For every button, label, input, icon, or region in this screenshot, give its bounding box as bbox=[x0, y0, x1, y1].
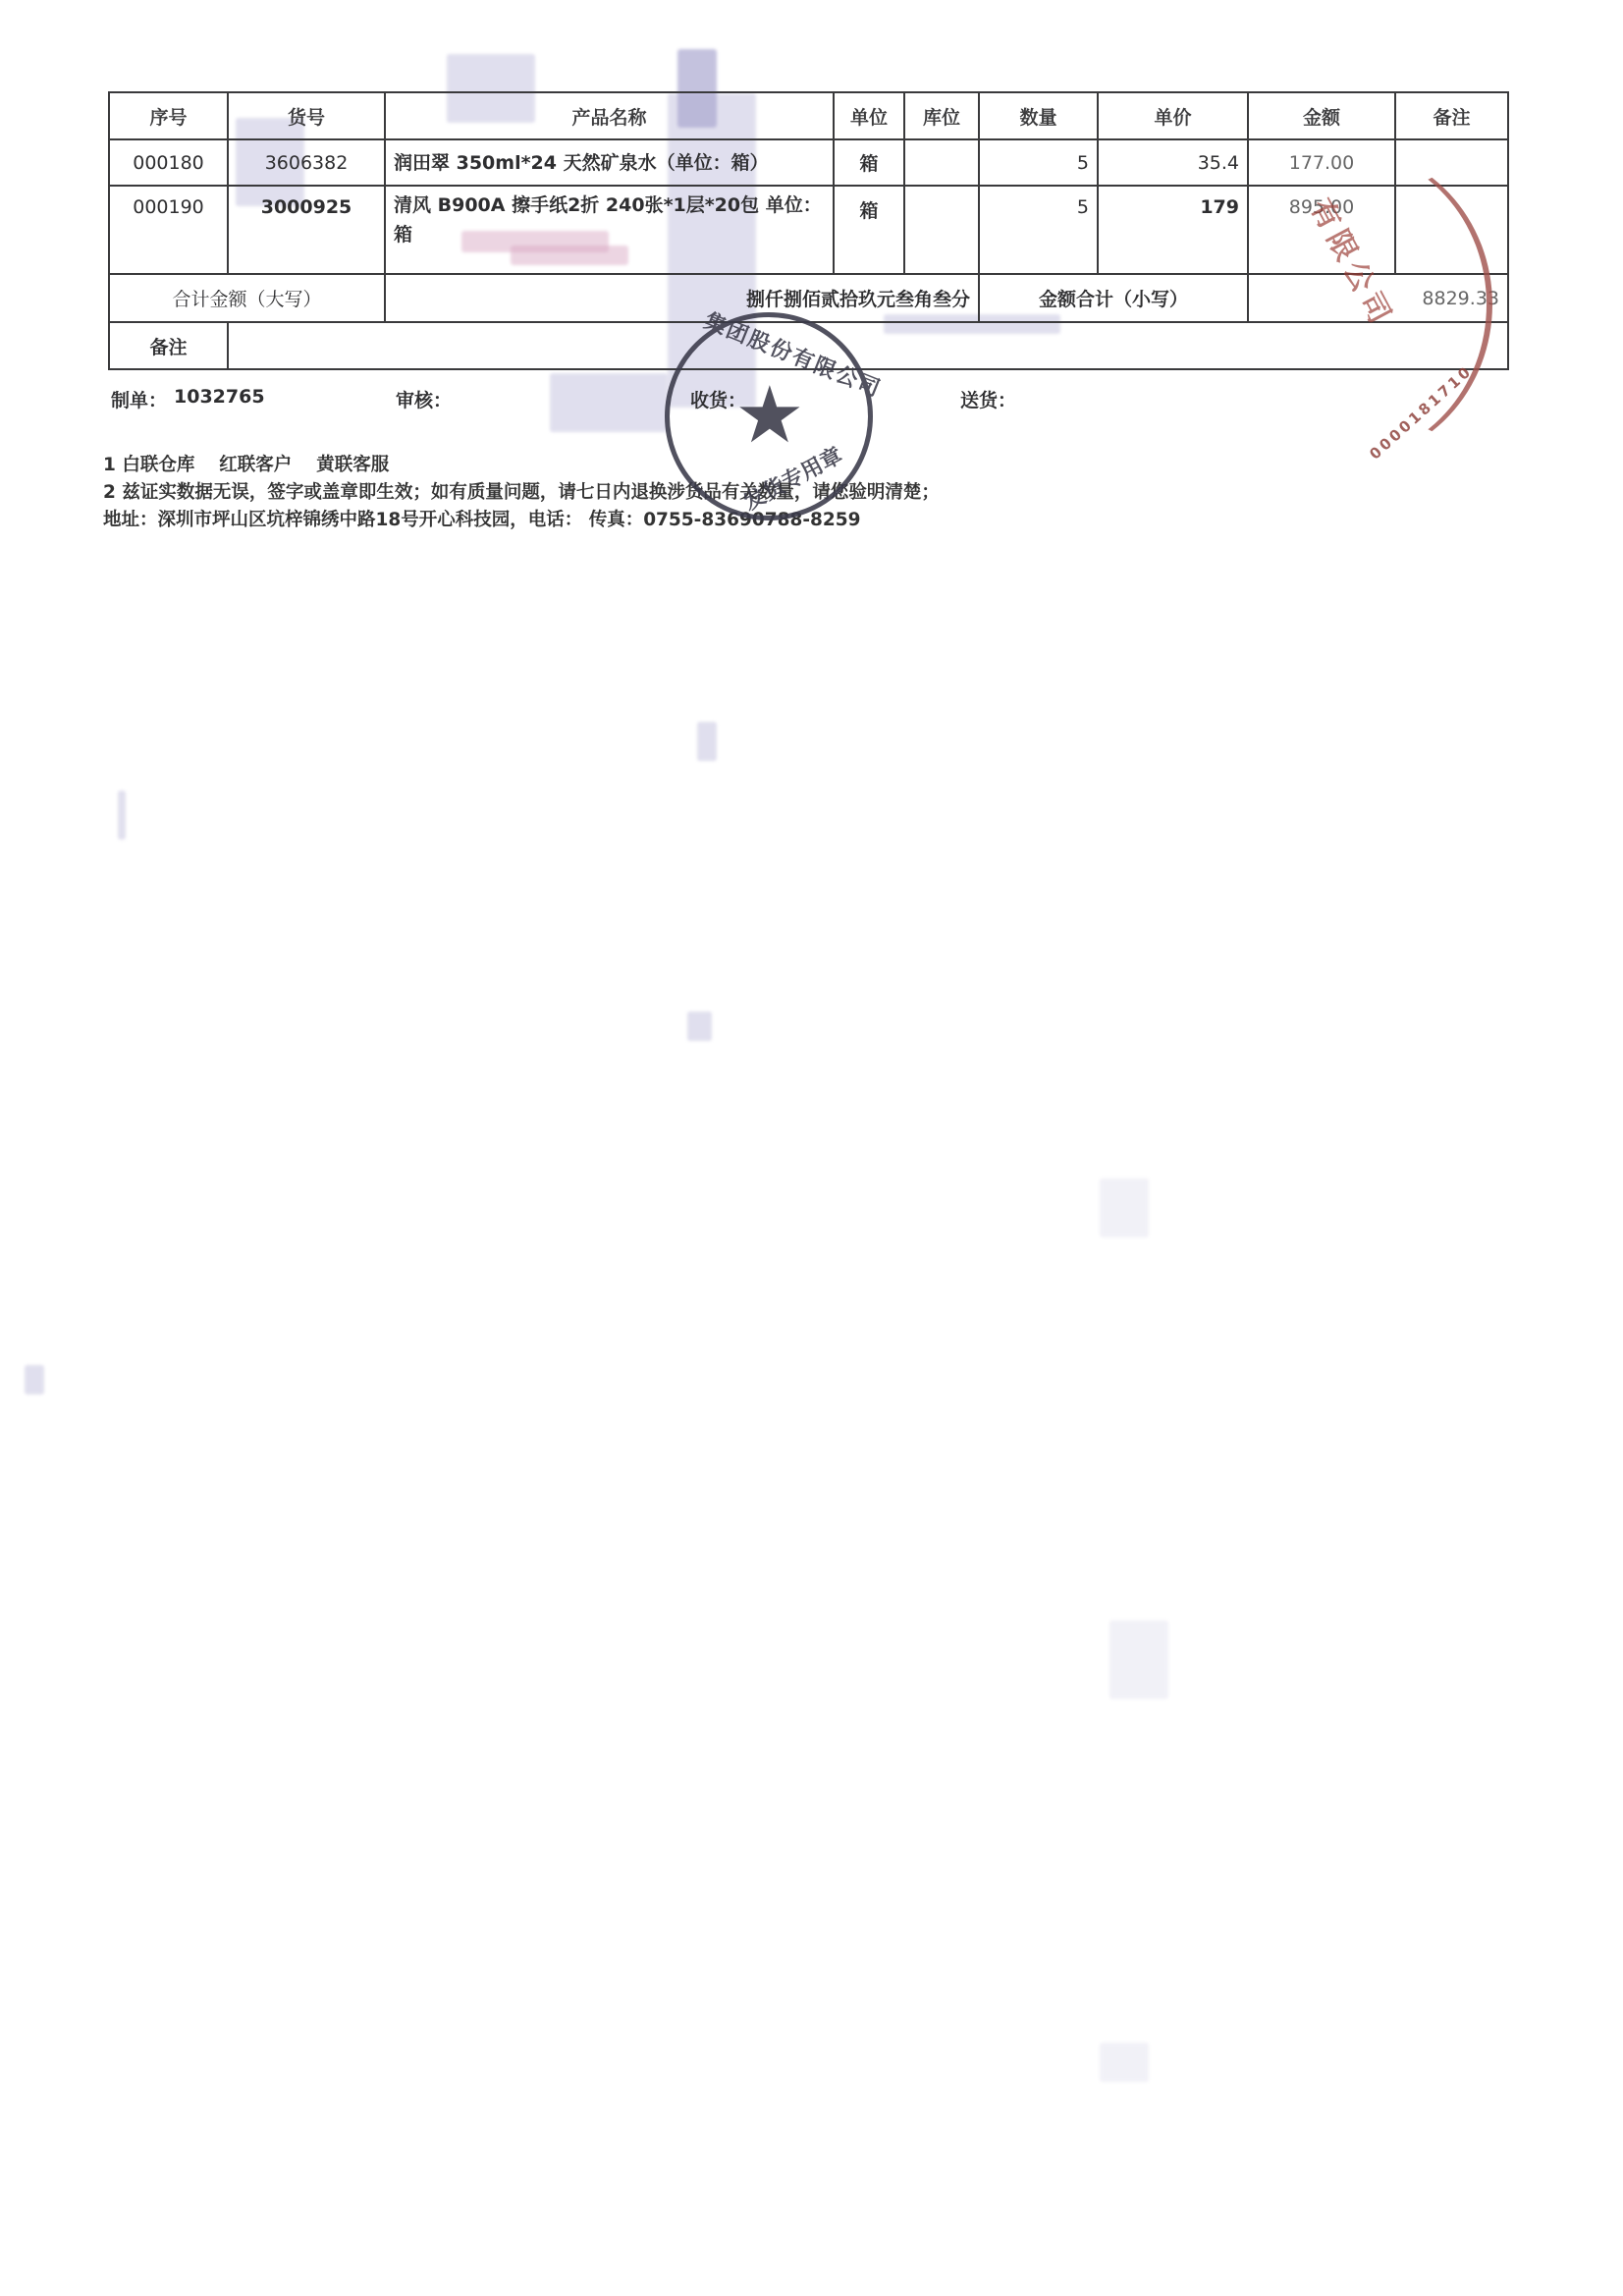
cell-product: 清风 B900A 擦手纸2折 240张*1层*20包 单位：箱 bbox=[385, 186, 834, 274]
total-lower-label: 金额合计（小写） bbox=[979, 274, 1248, 322]
scan-smudge bbox=[25, 1365, 44, 1394]
header-quantity: 数量 bbox=[979, 92, 1098, 139]
header-product-name: 产品名称 bbox=[385, 92, 834, 139]
header-location: 库位 bbox=[904, 92, 979, 139]
red-stamp-text: 有限公司 bbox=[1302, 190, 1406, 335]
cell-quantity: 5 bbox=[979, 139, 1098, 186]
header-remark: 备注 bbox=[1395, 92, 1508, 139]
maker-value: 1032765 bbox=[174, 386, 265, 408]
cell-product: 润田翠 350ml*24 天然矿泉水（单位：箱） bbox=[385, 139, 834, 186]
cell-item-no: 3606382 bbox=[228, 139, 385, 186]
cell-seq: 000190 bbox=[109, 186, 228, 274]
cell-unit-price: 179 bbox=[1098, 186, 1248, 274]
cell-unit: 箱 bbox=[834, 139, 904, 186]
total-upper-value: 捌仟捌佰贰拾玖元叁角叁分 bbox=[385, 274, 979, 322]
table-header-row: 序号 货号 产品名称 单位 库位 数量 单价 金额 备注 bbox=[109, 92, 1508, 139]
remark-label: 备注 bbox=[109, 322, 228, 369]
scan-smudge bbox=[1100, 1178, 1149, 1237]
header-seq: 序号 bbox=[109, 92, 228, 139]
maker-label: 制单： bbox=[111, 386, 167, 412]
cell-seq: 000180 bbox=[109, 139, 228, 186]
total-upper-label: 合计金额（大写） bbox=[109, 274, 385, 322]
note-address: 地址：深圳市坪山区坑梓锦绣中路18号开心科技园，电话： 传真：0755-8369… bbox=[103, 507, 940, 534]
cell-item-no: 3000925 bbox=[228, 186, 385, 274]
cell-quantity: 5 bbox=[979, 186, 1098, 274]
header-item-no: 货号 bbox=[228, 92, 385, 139]
header-unit-price: 单价 bbox=[1098, 92, 1248, 139]
header-unit: 单位 bbox=[834, 92, 904, 139]
company-delivery-stamp: 集团股份有限公司 ★ 发货专用章 bbox=[665, 312, 873, 520]
scan-smudge bbox=[1100, 2043, 1149, 2082]
cell-location bbox=[904, 186, 979, 274]
cell-unit: 箱 bbox=[834, 186, 904, 274]
signature-row: 制单： 1032765 审核： 收货： 送货： bbox=[111, 386, 1093, 415]
scan-smudge bbox=[697, 722, 717, 761]
scan-smudge bbox=[687, 1011, 712, 1041]
red-stamp-number: 0000181710 bbox=[1366, 361, 1476, 463]
cell-location bbox=[904, 139, 979, 186]
scan-smudge bbox=[118, 791, 126, 840]
header-amount: 金额 bbox=[1248, 92, 1395, 139]
star-icon: ★ bbox=[734, 376, 805, 455]
review-label: 审核： bbox=[396, 386, 452, 412]
delivery-label: 送货： bbox=[960, 386, 1016, 412]
scan-smudge bbox=[1109, 1620, 1168, 1699]
cell-unit-price: 35.4 bbox=[1098, 139, 1248, 186]
